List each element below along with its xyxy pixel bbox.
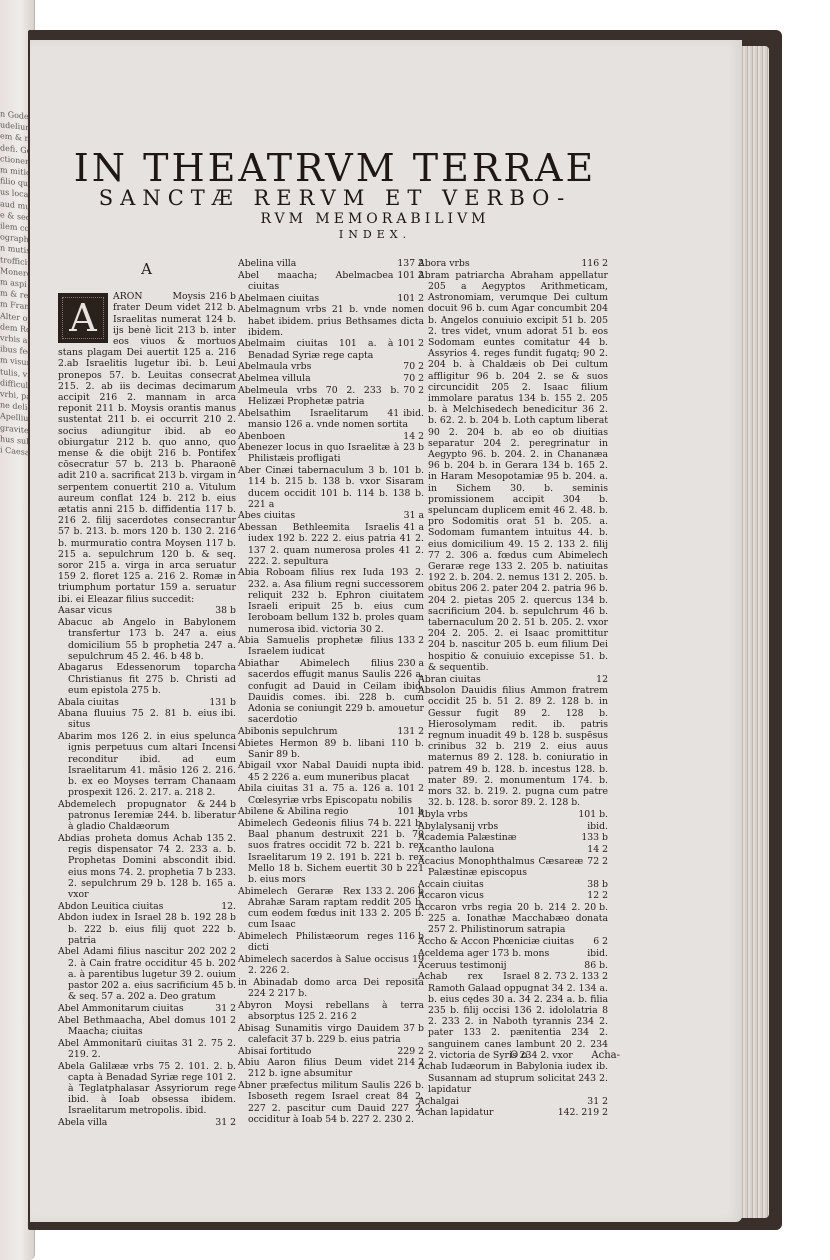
page-reference: 31 2 [583, 1096, 608, 1107]
section-letter: A [58, 264, 236, 275]
index-entry: Absolon Dauidis filius Ammon fratrem occ… [418, 685, 608, 808]
entry-text: Accaron vicus [418, 890, 484, 901]
index-entry: 131 bAbala ciuitas [58, 697, 236, 708]
index-entry: 86 b.Aceruus testimonij [418, 960, 608, 971]
index-entry: 37 bAbisag Sunamitis virgo Dauidem calef… [238, 1023, 424, 1045]
index-entry: 6 2Accho & Accon Phœniciæ ciuitas [418, 936, 608, 947]
entry-text: Aber Cinæi tabernaculum 3 b. 101 b. 114 … [238, 465, 424, 510]
entry-text: Aasar vicus [58, 605, 112, 616]
page-reference: ib. [592, 1061, 608, 1072]
index-entry: ib.Achab Iudæorum in Babylonia iudex Sus… [418, 1061, 608, 1095]
index-entry: 31 aAbes ciuitas [238, 510, 424, 521]
entry-text: Abiu Aaron filius Deum videt 212 b. igne… [238, 1057, 393, 1079]
entry-text: Abel Bethmaacha, Abel domus Maacha; ciui… [58, 1015, 205, 1037]
page-reference: 20 b. [580, 902, 608, 913]
entry-text: Abia Roboam filius rex Iuda 193 2. 232. … [238, 567, 424, 634]
entry-text: Abelina villa [238, 258, 296, 269]
decorated-initial-icon: A [58, 293, 108, 343]
entry-text: Abacuc ab Angelo in Babylonem transfertu… [58, 617, 236, 662]
entry-text: Abdon Leuitica ciuitas [58, 901, 163, 912]
entry-text: Abilene & Abilina regio [238, 806, 348, 817]
entry-text: Abenezer locus in quo Israelitæ à Philis… [238, 442, 399, 464]
page-reference: 28 b [211, 912, 236, 923]
index-entry: 31 2Achalgai [418, 1096, 608, 1107]
index-page: IN THEATRVM TERRAE SANCTÆ RERVM ET VERBO… [30, 40, 742, 1222]
page-reference: 12 2 [583, 890, 608, 901]
index-entry: Abela Galilææ vrbs 75 2. 101. 2. b. capt… [58, 1061, 236, 1117]
entry-text: Achalgai [418, 1096, 459, 1107]
index-entry: Abel Ammonitarū ciuitas 31 2. 75 2. 219.… [58, 1038, 236, 1060]
entry-text: Abdon iudex in Israel 28 b. 192 b. 222 b… [58, 912, 236, 945]
entry-text: Abel Ammonitarū ciuitas 31 2. 75 2. 219.… [58, 1038, 236, 1060]
page-reference: 142. 219 2 [554, 1107, 608, 1118]
title-line-4: INDEX. [135, 228, 615, 242]
index-entry: 101 2Abel Bethmaacha, Abel domus Maacha;… [58, 1015, 236, 1037]
index-entry: ibi.Abana fluuius 75 2. 81 b. eius situs [58, 708, 236, 730]
entry-text: Abila ciuitas 31 a. 75 a. 126 a. Cœlesyr… [238, 783, 412, 805]
index-entry: 229 2Abisai fortitudo [238, 1046, 424, 1057]
index-entry: 38 bAasar vicus [58, 605, 236, 616]
index-entry: 8 2. 73 2. 133 2Achab rex Israel Ramoth … [418, 971, 608, 1061]
index-entry: 101 2Abel maacha; Abelmacbea ciuitas [238, 270, 424, 292]
entry-text: Abyron Moysi rebellans à terra absorptus… [238, 1000, 424, 1022]
page-title: IN THEATRVM TERRAE SANCTÆ RERVM ET VERBO… [55, 148, 615, 242]
entry-text: Abelmea villula [238, 373, 311, 384]
index-entry: 23 bAbenezer locus in quo Israelitæ à Ph… [238, 442, 424, 464]
index-entry: 133 bAcademia Palæstinæ [418, 832, 608, 843]
entry-text: Abelmeula vrbs 70 2. 233 b. Helizæi Prop… [238, 385, 399, 407]
entry-text: Achan lapidatur [418, 1107, 494, 1118]
index-entry: 28 bAbdon iudex in Israel 28 b. 192 b. 2… [58, 912, 236, 946]
entry-text: Abner præfectus militum Saulis 226 b. Is… [238, 1080, 424, 1125]
index-column-3: 116 2Abora vrbsAbram patriarcha Abraham … [418, 258, 608, 1119]
index-entry: 72 2Acacius Monophthalmus Cæsareæ Palæst… [418, 856, 608, 878]
index-entry: 70 2Abelmea villula [238, 373, 424, 384]
entry-text: Abelmaim ciuitas 101 a. à Benadad Syriæ … [238, 338, 393, 360]
index-entry: Abram patriarcha Abraham appellatur 205 … [418, 270, 608, 673]
index-entry: Abagarus Edessenorum toparcha Christianu… [58, 662, 236, 696]
entry-text: Abora vrbs [418, 258, 470, 269]
index-entry: ibid.Abigail vxor Nabal Dauidi nupta 45 … [238, 760, 424, 782]
index-entry: 137 2Abelina villa [238, 258, 424, 269]
page-reference: 12 [592, 674, 608, 685]
index-entry: in Abinadab domo arca Dei reposita 224 2… [238, 977, 424, 999]
entry-text: Abel Ammonitarum ciuitas [58, 1003, 184, 1014]
index-entry: 38 bAccain ciuitas [418, 879, 608, 890]
index-entry: 31 2Abela villa [58, 1117, 236, 1128]
entry-text: Abela villa [58, 1117, 107, 1128]
entry-text: Acacius Monophthalmus Cæsareæ Palæstinæ … [418, 856, 583, 878]
entry-text: Accain ciuitas [418, 879, 484, 890]
index-entry: Aber Cinæi tabernaculum 3 b. 101 b. 114 … [238, 465, 424, 510]
index-entry: ibid.Abylalysanij vrbs [418, 821, 608, 832]
index-entry: Abarim mos 126 2. in eius spelunca ignis… [58, 731, 236, 798]
index-entry: 133 2Abia Samuelis prophetæ filius Israe… [238, 635, 424, 657]
page-reference: 135 2. [202, 833, 236, 844]
index-entry: 20 b.Accaron vrbs regia 20 b. 214 2. 225… [418, 902, 608, 936]
page-reference: 116 2 [577, 258, 608, 269]
entry-text: Accho & Accon Phœniciæ ciuitas [418, 936, 574, 947]
entry-text: Academia Palæstinæ [418, 832, 517, 843]
index-entry: 101 2Abelmaim ciuitas 101 a. à Benadad S… [238, 338, 424, 360]
page-reference: 86 b. [580, 960, 608, 971]
page-reference: 31 2 [211, 1117, 236, 1128]
page-reference: 101 b. [574, 809, 608, 820]
entry-text: Aceruus testimonij [418, 960, 507, 971]
page-reference: 8 2. 73 2. 133 2 [530, 971, 608, 982]
entry-text: Abelsathim Israelitarum 41 mansio 126 a.… [238, 408, 408, 430]
index-entry: 31 2Abel Ammonitarum ciuitas [58, 1003, 236, 1014]
entry-text: Abelmaen ciuitas [238, 293, 319, 304]
index-entry: Abyron Moysi rebellans à terra absorptus… [238, 1000, 424, 1022]
entry-text: Abela Galilææ vrbs 75 2. 101. 2. b. capt… [58, 1061, 236, 1117]
entry-text: Achab rex Israel Ramoth Galaad oppugnat … [418, 971, 608, 1060]
title-line-2: SANCTÆ RERVM ET VERBO- [55, 186, 615, 210]
page-reference: ibid. [583, 821, 608, 832]
entry-text: Abia Samuelis prophetæ filius Israelem i… [238, 635, 393, 657]
entry-text: Abes ciuitas [238, 510, 295, 521]
index-entry: 142. 219 2Achan lapidatur [418, 1107, 608, 1118]
page-reference: 72 2 [583, 856, 608, 867]
index-entry: 12Abran ciuitas [418, 674, 608, 685]
entry-text: Abarim mos 126 2. in eius spelunca ignis… [58, 731, 236, 798]
index-entry: 101 b.Abyla vrbs [418, 809, 608, 820]
index-entry: Abacuc ab Angelo in Babylonem transfertu… [58, 617, 236, 662]
index-entry: 12.Abdon Leuitica ciuitas [58, 901, 236, 912]
index-entry: A216 bARON Moysis frater Deum videt 212 … [58, 291, 236, 605]
index-entry: 244 bAbdemelech propugnator & patronus I… [58, 799, 236, 833]
entry-text: Abana fluuius 75 2. 81 b. eius situs [58, 708, 217, 730]
entry-text: Accaron vrbs regia 20 b. 214 2. 225 a. I… [418, 902, 608, 935]
drop-cap-letter: A [59, 294, 107, 342]
index-entry: 230 aAbiathar Abimelech filius sacerdos … [238, 658, 424, 725]
signature-mark: O o [510, 1050, 527, 1061]
page-reference: 14 2 [583, 844, 608, 855]
page-reference: 74 b. 221 b. [364, 818, 424, 829]
title-line-3: RVM MEMORABILIVM [135, 210, 615, 228]
entry-text: Abala ciuitas [58, 697, 119, 708]
entry-text: Abelmagnum vrbs 21 b. vnde nomen habet i… [238, 304, 424, 337]
index-entry: Abia Roboam filius rex Iuda 193 2. 232. … [238, 567, 424, 634]
index-column-2: 137 2Abelina villa101 2Abel maacha; Abel… [238, 258, 424, 1125]
index-entry: Abietes Hermon 89 b. libani 110 b. Sanir… [238, 738, 424, 760]
index-entry: 101 2Abelmaen ciuitas [238, 293, 424, 304]
index-entry: 131 2Abibonis sepulchrum [238, 726, 424, 737]
index-entry: 41 aAbessan Bethleemita Israelis iudex 1… [238, 522, 424, 567]
entry-text: Abyla vrbs [418, 809, 468, 820]
title-line-1: IN THEATRVM TERRAE [55, 148, 615, 188]
index-entry: Abner præfectus militum Saulis 226 b. Is… [238, 1080, 424, 1125]
entry-text: Abimelech Philistæorum reges dicti [238, 931, 393, 953]
index-entry: 133 2. 206 bAbimelech Geraræ Rex Abrahæ … [238, 886, 424, 931]
index-entry: 14 2Abenboen [238, 431, 424, 442]
entry-text: Abisag Sunamitis virgo Dauidem calefacit… [238, 1023, 401, 1045]
page-reference: 133 2. 206 b [361, 886, 424, 897]
entry-text: Acantho laulona [418, 844, 494, 855]
index-entry: ibid.Aceldema ager 173 b. mons [418, 948, 608, 959]
index-entry: 116 bAbimelech Philistæorum reges dicti [238, 931, 424, 953]
entry-text: Abessan Bethleemita Israelis iudex 192 b… [238, 522, 424, 567]
index-entry: 74 b. 221 b.Abimelech Gedeonis filius Ba… [238, 818, 424, 885]
page-reference: 12. [217, 901, 236, 912]
page-reference: 38 b [583, 879, 608, 890]
catchword: Acha- [591, 1050, 620, 1061]
entry-text: Abylalysanij vrbs [418, 821, 498, 832]
page-reference: 133 b [577, 832, 608, 843]
page-reference: 101 2 [205, 1015, 236, 1026]
index-entry: Abimelech sacerdos à Salue occisus 19 2.… [238, 954, 424, 976]
page-reference: 131 b [205, 697, 236, 708]
index-entry: 101 bAbilene & Abilina regio [238, 806, 424, 817]
index-entry: 116 2Abora vrbs [418, 258, 608, 269]
entry-text: Abenboen [238, 431, 285, 442]
entry-text: Abel maacha; Abelmacbea ciuitas [238, 270, 393, 292]
index-entry: ibid.Abelsathim Israelitarum 41 mansio 1… [238, 408, 424, 430]
index-entry: 101 2Abila ciuitas 31 a. 75 a. 126 a. Cœ… [238, 783, 424, 805]
entry-text: Abietes Hermon 89 b. libani 110 b. Sanir… [238, 738, 424, 760]
index-entry: 14 2Acantho laulona [418, 844, 608, 855]
entry-text: Absolon Dauidis filius Ammon fratrem occ… [418, 685, 608, 808]
page-reference: 31 2 [211, 1003, 236, 1014]
entry-text: Achab Iudæorum in Babylonia iudex Susann… [418, 1061, 608, 1094]
index-entry: 70 2Abelmaula vrbs [238, 361, 424, 372]
page-reference: ibid. [583, 948, 608, 959]
index-entry: 70 2Abelmeula vrbs 70 2. 233 b. Helizæi … [238, 385, 424, 407]
index-column-1: A A216 bARON Moysis frater Deum videt 21… [58, 258, 236, 1129]
entry-text: Abisai fortitudo [238, 1046, 311, 1057]
page-reference: ibi. [217, 708, 236, 719]
index-entry: 135 2.Abdias proheta domus Achab regis d… [58, 833, 236, 900]
page-reference: 244 b [205, 799, 236, 810]
page-reference: 6 2 [589, 936, 608, 947]
entry-text: Aceldema ager 173 b. mons [418, 948, 549, 959]
entry-text: Abelmaula vrbs [238, 361, 311, 372]
index-entry: 202 2Abel Adami filius nascitur 202 2. à… [58, 946, 236, 1002]
entry-text: in Abinadab domo arca Dei reposita 224 2… [238, 977, 424, 999]
entry-text: Abimelech sacerdos à Salue occisus 19 2.… [238, 954, 424, 976]
page-reference: 38 b [211, 605, 236, 616]
entry-text: Abram patriarcha Abraham appellatur 205 … [418, 270, 608, 673]
entry-text: Abagarus Edessenorum toparcha Christianu… [58, 662, 236, 695]
index-entry: 214 2Abiu Aaron filius Deum videt 212 b.… [238, 1057, 424, 1079]
page-reference: 216 b [205, 291, 236, 302]
entry-text: Abibonis sepulchrum [238, 726, 338, 737]
entry-text: Abran ciuitas [418, 674, 481, 685]
entry-text: Abigail vxor Nabal Dauidi nupta 45 2 226… [238, 760, 409, 782]
page-reference: 202 2 [205, 946, 236, 957]
index-entry: 12 2Accaron vicus [418, 890, 608, 901]
index-entry: Abelmagnum vrbs 21 b. vnde nomen habet i… [238, 304, 424, 338]
